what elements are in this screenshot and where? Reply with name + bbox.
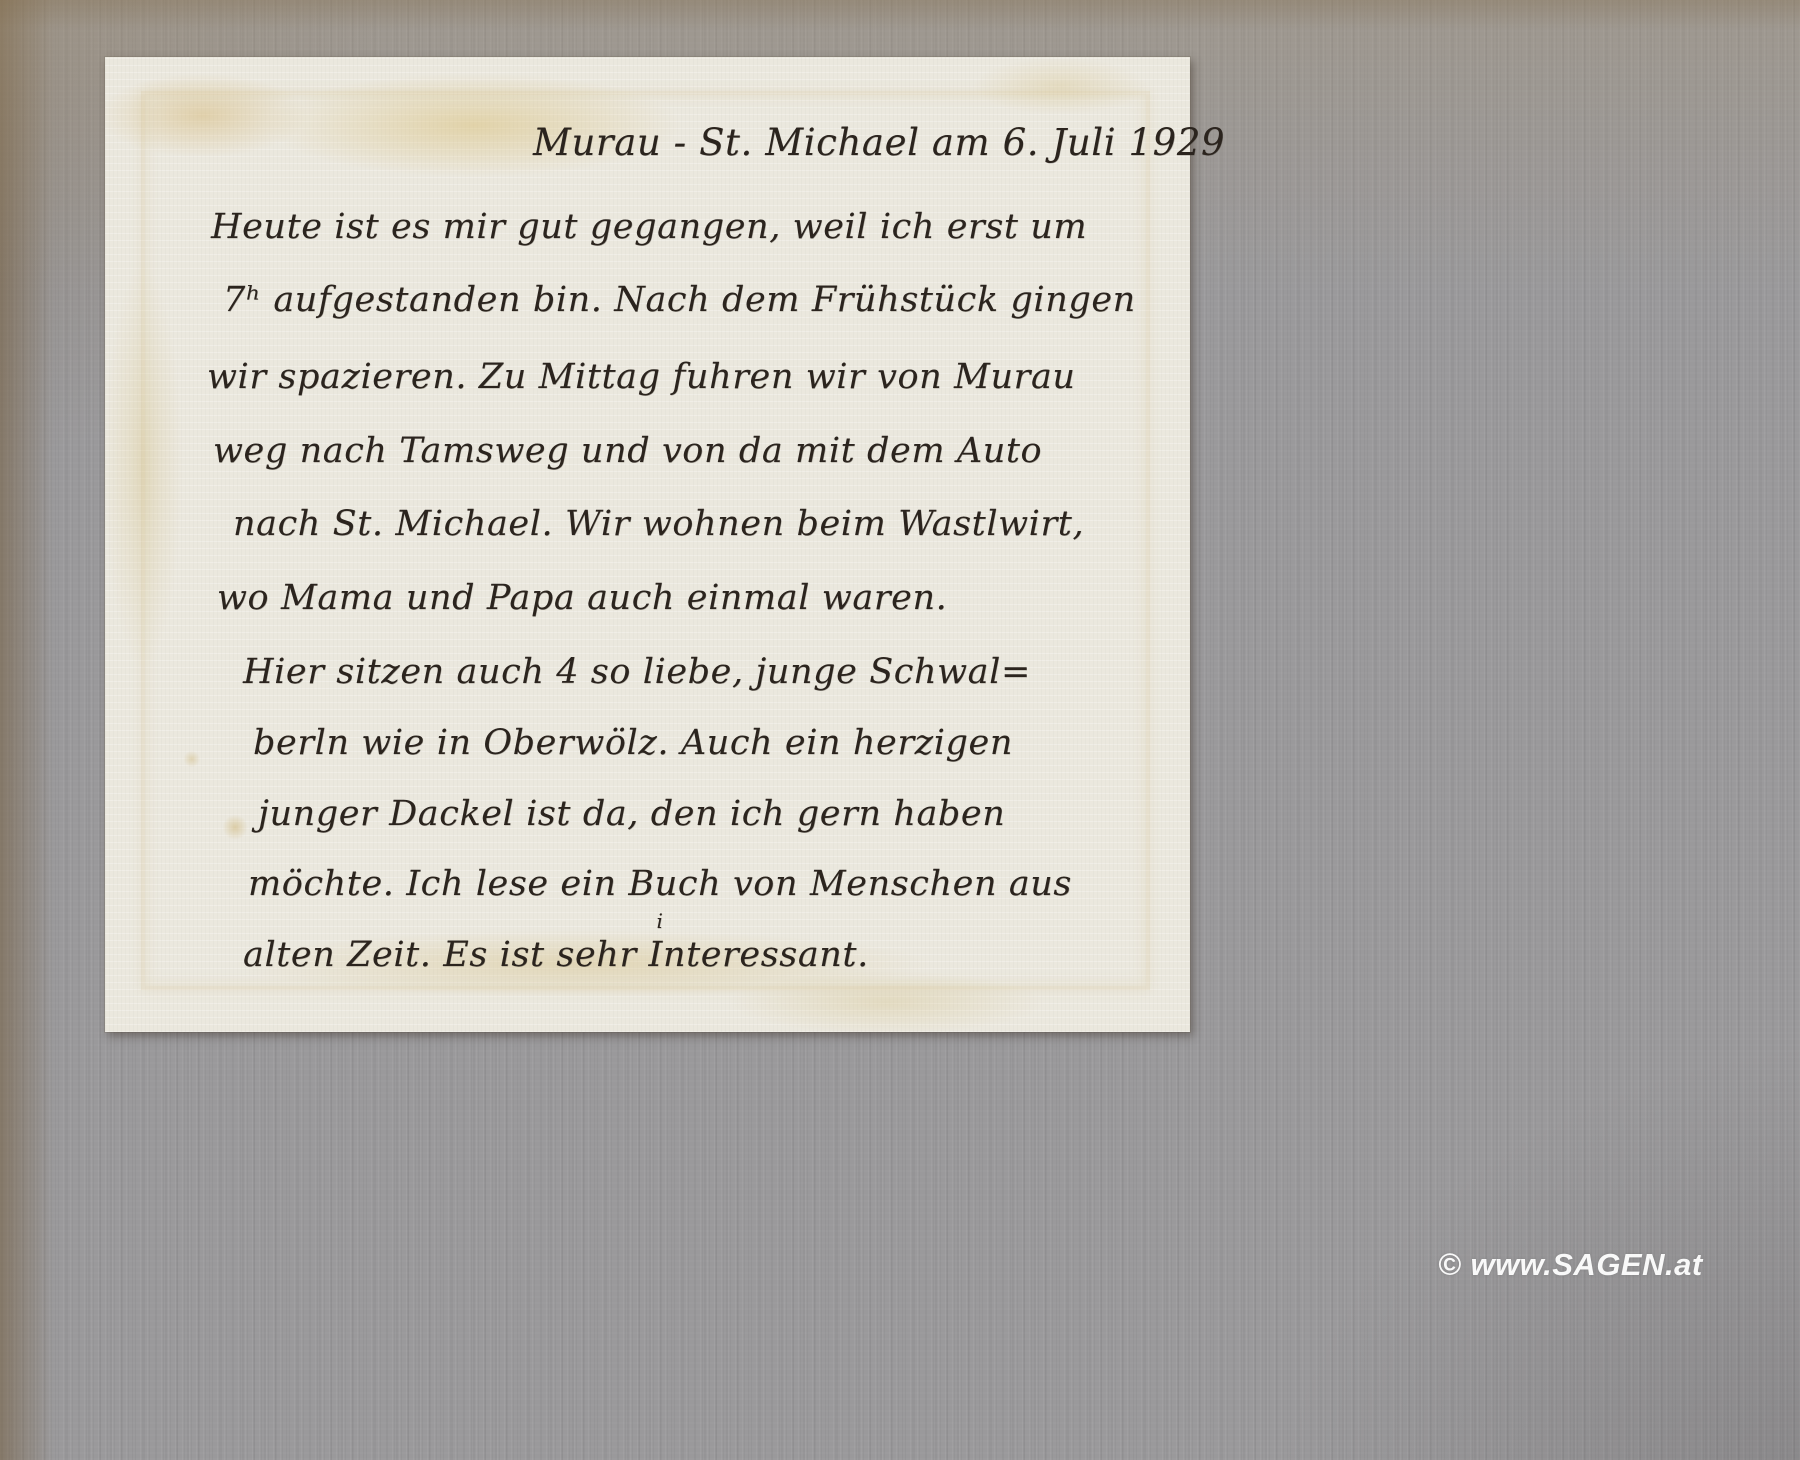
corrected-word: i Interessant.	[649, 935, 869, 975]
letter-line-8: berln wie in Oberwölz. Auch ein herzigen	[253, 721, 1013, 765]
letter-line-10: möchte. Ich lese ein Buch von Menschen a…	[248, 862, 1072, 906]
letter-paper: Murau - St. Michael am 6. Juli 1929 Heut…	[105, 57, 1190, 1032]
letter-line-11: alten Zeit. Es ist sehr i Interessant.	[243, 933, 869, 977]
letter-line-4: weg nach Tamsweg und von da mit dem Auto	[213, 429, 1042, 473]
album-page: Murau - St. Michael am 6. Juli 1929 Heut…	[0, 0, 1800, 1460]
letter-line-3: wir spazieren. Zu Mittag fuhren wir von …	[207, 355, 1076, 399]
watermark: © www.SAGEN.at	[1438, 1247, 1703, 1283]
letter-line-9: junger Dackel ist da, den ich gern haben	[258, 792, 1005, 836]
letter-line-2: 7ʰ aufgestanden bin. Nach dem Frühstück …	[223, 278, 1136, 322]
letter-line-11-prefix: alten Zeit. Es ist sehr	[243, 935, 649, 975]
letter-line-1: Heute ist es mir gut gegangen, weil ich …	[211, 205, 1087, 249]
letter-line-5: nach St. Michael. Wir wohnen beim Wastlw…	[233, 502, 1084, 546]
correction-mark: i	[657, 911, 664, 931]
corrected-word-text: Interessant.	[649, 935, 869, 975]
letter-line-7: Hier sitzen auch 4 so liebe, junge Schwa…	[243, 650, 1031, 694]
letter-line-6: wo Mama und Papa auch einmal waren.	[217, 576, 947, 620]
letter-dateline: Murau - St. Michael am 6. Juli 1929	[533, 121, 1225, 165]
